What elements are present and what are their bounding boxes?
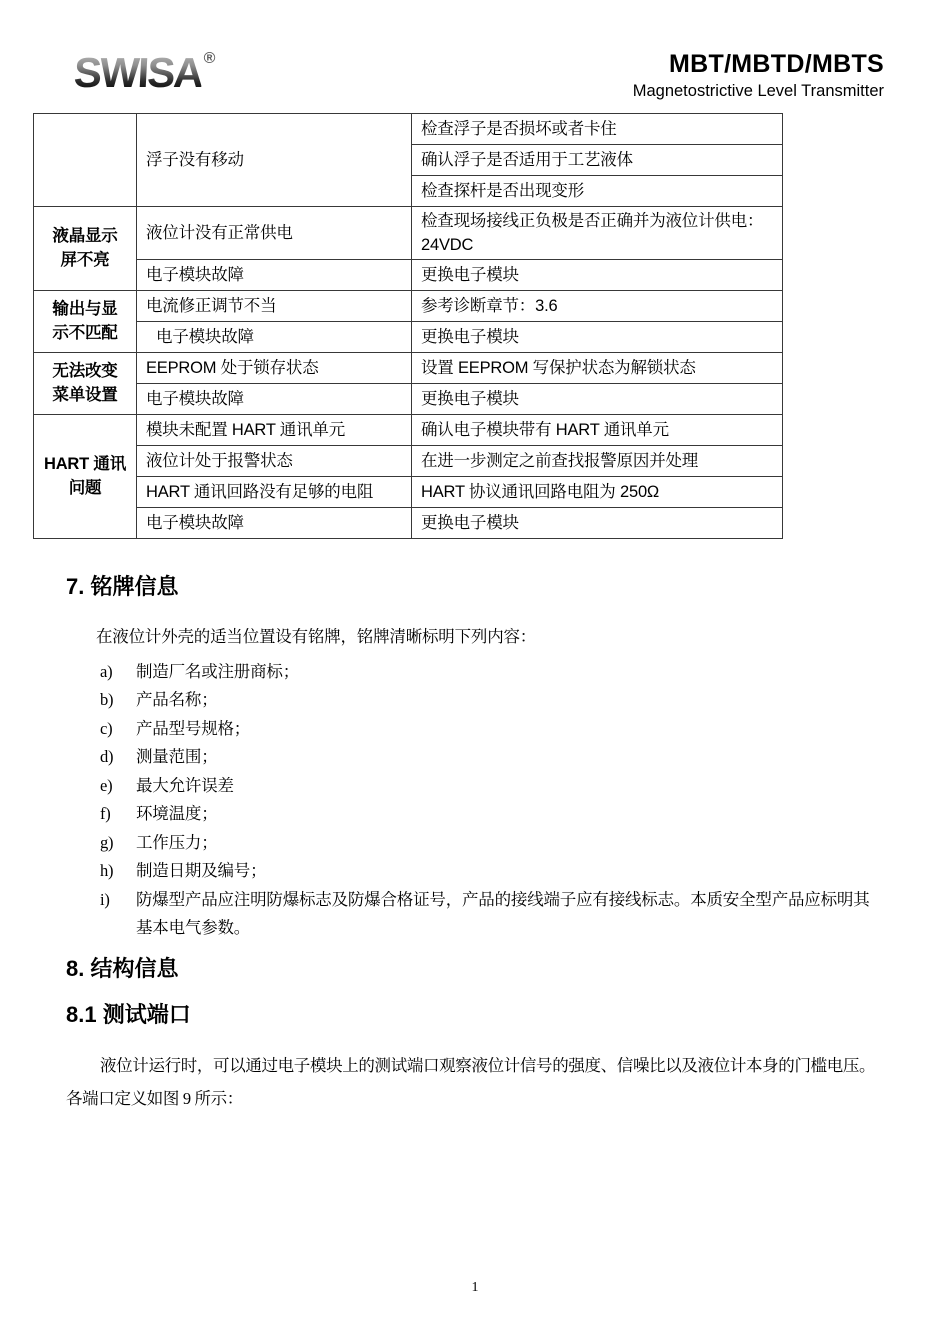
problem-cell: [34, 113, 137, 206]
list-item: h) 制造日期及编号；: [100, 857, 884, 886]
solution-cell: HART 协议通讯回路电阻为 250Ω: [412, 476, 783, 507]
list-item-text: 环境温度；: [136, 800, 884, 829]
table-row: 无法改变 菜单设置 EEPROM 处于锁存状态 设置 EEPROM 写保护状态为…: [34, 352, 783, 383]
header-title-block: MBT/MBTD/MBTS Magnetostrictive Level Tra…: [633, 50, 884, 101]
table-row: 电子模块故障 更换电子模块: [34, 383, 783, 414]
solution-cell: 确认浮子是否适用于工艺液体: [412, 144, 783, 175]
problem-line: 液晶显示: [43, 224, 127, 248]
list-item: a) 制造厂名或注册商标；: [100, 658, 884, 687]
list-item: g) 工作压力；: [100, 829, 884, 858]
table-row: 电子模块故障 更换电子模块: [34, 259, 783, 290]
problem-cell: 液晶显示 屏不亮: [34, 206, 137, 290]
problem-line: 问题: [43, 476, 127, 500]
problem-line: 无法改变: [43, 359, 127, 383]
list-item: c) 产品型号规格；: [100, 715, 884, 744]
registered-trademark-icon: ®: [204, 50, 216, 67]
document-page: SWISA® MBT/MBTD/MBTS Magnetostrictive Le…: [0, 0, 950, 1344]
table-row: HART 通讯回路没有足够的电阻 HART 协议通讯回路电阻为 250Ω: [34, 476, 783, 507]
list-marker: b): [100, 686, 136, 715]
cause-cell: EEPROM 处于锁存状态: [137, 352, 412, 383]
problem-cell: HART 通讯 问题: [34, 414, 137, 538]
list-item-text: 工作压力；: [136, 829, 884, 858]
list-marker: e): [100, 772, 136, 801]
table-row: 液晶显示 屏不亮 液位计没有正常供电 检查现场接线正负极是否正确并为液位计供电：…: [34, 206, 783, 259]
doc-title: MBT/MBTD/MBTS: [633, 51, 884, 79]
table-row: HART 通讯 问题 模块未配置 HART 通讯单元 确认电子模块带有 HART…: [34, 414, 783, 445]
section-7-intro: 在液位计外壳的适当位置设有铭牌，铭牌清晰标明下列内容：: [66, 625, 884, 649]
test-port-paragraph: 液位计运行时，可以通过电子模块上的测试端口观察液位计信号的强度、信噪比以及液位计…: [66, 1049, 884, 1115]
nameplate-list: a) 制造厂名或注册商标； b) 产品名称； c) 产品型号规格； d) 测量范…: [66, 658, 884, 943]
list-marker: i): [100, 886, 136, 943]
list-item-text: 防爆型产品应注明防爆标志及防爆合格证号，产品的接线端子应有接线标志。本质安全型产…: [136, 886, 884, 943]
problem-line: 示不匹配: [43, 321, 127, 345]
solution-cell: 检查探杆是否出现变形: [412, 175, 783, 206]
solution-cell: 设置 EEPROM 写保护状态为解锁状态: [412, 352, 783, 383]
list-marker: h): [100, 857, 136, 886]
solution-cell: 在进一步测定之前查找报警原因并处理: [412, 445, 783, 476]
troubleshooting-table: 浮子没有移动 检查浮子是否损坏或者卡住 确认浮子是否适用于工艺液体 检查探杆是否…: [33, 113, 783, 539]
page-number: 1: [0, 1280, 950, 1296]
section-7-heading: 7. 铭牌信息: [66, 573, 884, 601]
solution-cell: 检查现场接线正负极是否正确并为液位计供电：24VDC: [412, 206, 783, 259]
problem-cell: 输出与显 示不匹配: [34, 290, 137, 352]
document-body: 7. 铭牌信息 在液位计外壳的适当位置设有铭牌，铭牌清晰标明下列内容： a) 制…: [0, 573, 950, 1115]
list-item: d) 测量范围；: [100, 743, 884, 772]
list-item-text: 产品名称；: [136, 686, 884, 715]
cause-cell: 模块未配置 HART 通讯单元: [137, 414, 412, 445]
table-row: 电子模块故障 更换电子模块: [34, 321, 783, 352]
problem-line: 菜单设置: [43, 383, 127, 407]
solution-cell: 更换电子模块: [412, 383, 783, 414]
list-item-text: 最大允许误差: [136, 772, 884, 801]
table-row: 液位计处于报警状态 在进一步测定之前查找报警原因并处理: [34, 445, 783, 476]
list-item: b) 产品名称；: [100, 686, 884, 715]
cause-cell: 电子模块故障: [137, 507, 412, 538]
problem-line: HART 通讯: [43, 452, 127, 476]
list-marker: d): [100, 743, 136, 772]
page-header: SWISA® MBT/MBTD/MBTS Magnetostrictive Le…: [0, 0, 950, 101]
problem-line: 屏不亮: [43, 248, 127, 272]
list-item-text: 测量范围；: [136, 743, 884, 772]
cause-cell: 电流修正调节不当: [137, 290, 412, 321]
list-item-text: 产品型号规格；: [136, 715, 884, 744]
solution-cell: 更换电子模块: [412, 507, 783, 538]
table-row: 电子模块故障 更换电子模块: [34, 507, 783, 538]
brand-logo: SWISA®: [74, 50, 215, 94]
list-marker: f): [100, 800, 136, 829]
cause-cell: 电子模块故障: [137, 259, 412, 290]
list-item-text: 制造日期及编号；: [136, 857, 884, 886]
list-marker: g): [100, 829, 136, 858]
table-row: 浮子没有移动 检查浮子是否损坏或者卡住: [34, 113, 783, 144]
cause-cell: 浮子没有移动: [137, 113, 412, 206]
brand-logo-text: SWISA: [73, 52, 203, 94]
list-item-text: 制造厂名或注册商标；: [136, 658, 884, 687]
cause-cell: HART 通讯回路没有足够的电阻: [137, 476, 412, 507]
section-8-heading: 8. 结构信息: [66, 955, 884, 983]
cause-cell: 电子模块故障: [137, 321, 412, 352]
cause-cell: 电子模块故障: [137, 383, 412, 414]
solution-cell: 参考诊断章节：3.6: [412, 290, 783, 321]
list-item: i) 防爆型产品应注明防爆标志及防爆合格证号，产品的接线端子应有接线标志。本质安…: [100, 886, 884, 943]
problem-cell: 无法改变 菜单设置: [34, 352, 137, 414]
solution-cell: 检查浮子是否损坏或者卡住: [412, 113, 783, 144]
doc-subtitle: Magnetostrictive Level Transmitter: [633, 82, 884, 101]
section-8-1-heading: 8.1 测试端口: [66, 1001, 884, 1029]
list-marker: a): [100, 658, 136, 687]
table-row: 输出与显 示不匹配 电流修正调节不当 参考诊断章节：3.6: [34, 290, 783, 321]
solution-cell: 更换电子模块: [412, 259, 783, 290]
cause-cell: 液位计处于报警状态: [137, 445, 412, 476]
list-item: e) 最大允许误差: [100, 772, 884, 801]
solution-cell: 确认电子模块带有 HART 通讯单元: [412, 414, 783, 445]
solution-cell: 更换电子模块: [412, 321, 783, 352]
problem-line: 输出与显: [43, 297, 127, 321]
list-item: f) 环境温度；: [100, 800, 884, 829]
list-marker: c): [100, 715, 136, 744]
cause-cell: 液位计没有正常供电: [137, 206, 412, 259]
